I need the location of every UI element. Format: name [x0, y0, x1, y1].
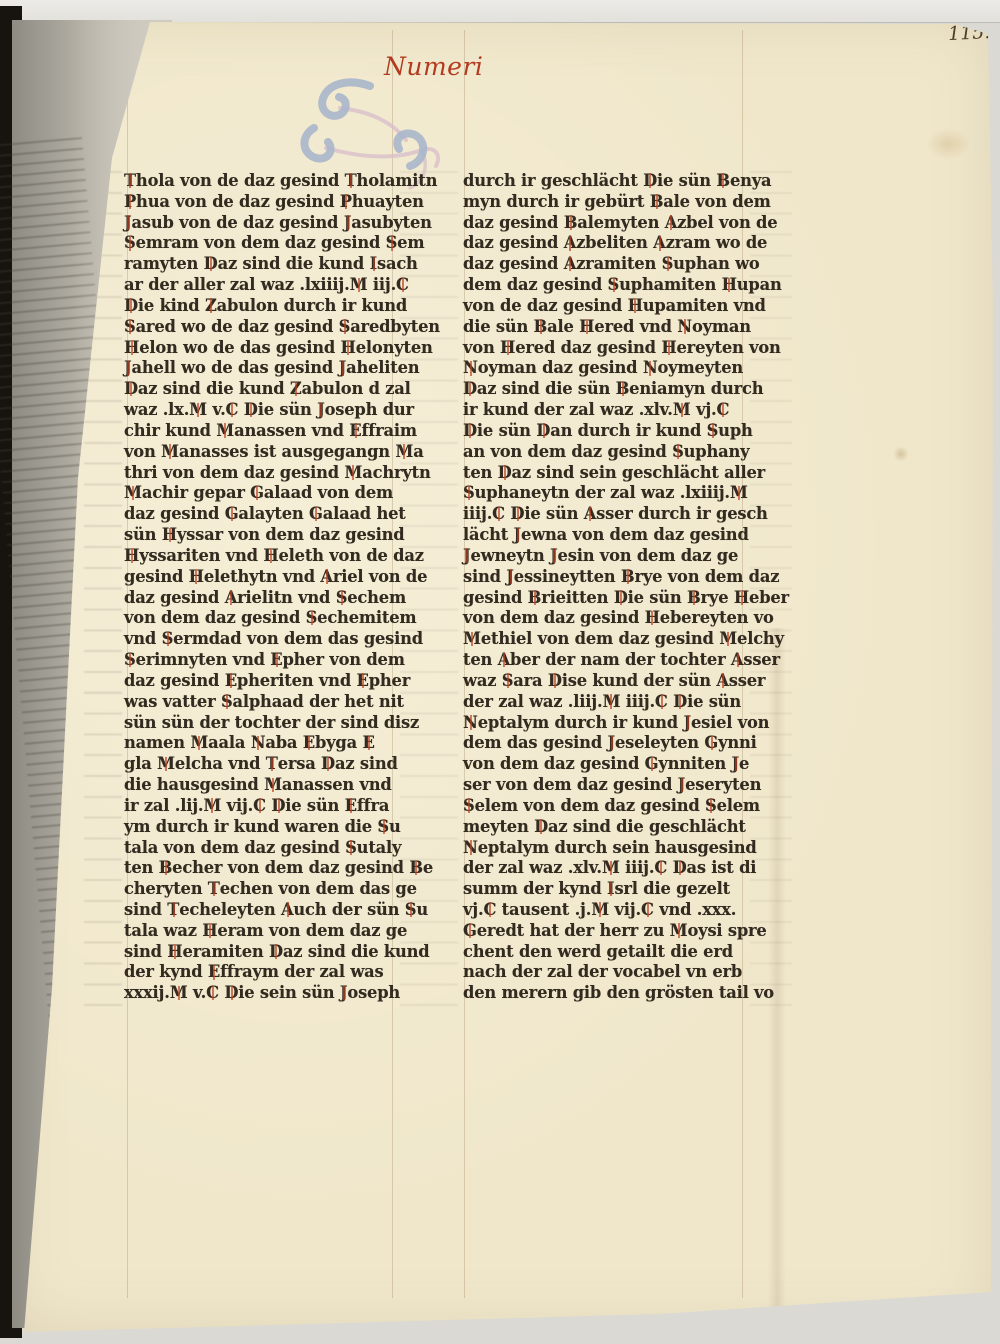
manuscript-line: Thola von de daz gesind Tholamitn	[124, 171, 400, 192]
manuscript-line: Geredt hat der herr zu Moysi spre	[463, 921, 752, 942]
manuscript-line: ramyten Daz sind die kund Isach	[124, 254, 400, 275]
manuscript-line: Daz sind die kund Zabulon d zal	[124, 379, 400, 400]
manuscript-line: namen Maala Naba Ebyga E	[124, 733, 400, 754]
manuscript-line: der kynd Effraym der zal was	[124, 962, 400, 983]
manuscript-line: Hyssariten vnd Heleth von de daz	[124, 546, 400, 567]
manuscript-line: die sün Bale Hered vnd Noyman	[463, 317, 752, 338]
manuscript-line: ten Daz sind sein geschlächt aller	[463, 463, 752, 484]
manuscript-line: Jasub von de daz gesind Jasubyten	[124, 213, 400, 234]
manuscript-line: meyten Daz sind die geschlächt	[463, 817, 752, 838]
manuscript-line: ten Aber der nam der tochter Asser	[463, 650, 752, 671]
manuscript-line: Jahell wo de das gesind Jaheliten	[124, 358, 400, 379]
manuscript-line: gesind Helethytn vnd Ariel von de	[124, 567, 400, 588]
manuscript-line: ten Becher von dem daz gesind Be	[124, 858, 400, 879]
parchment-page: Numeri 115. Thola von de daz gesind Thol…	[0, 8, 1000, 1338]
manuscript-line: Daz sind die sün Beniamyn durch	[463, 379, 752, 400]
manuscript-line: lächt Jewna von dem daz gesind	[463, 525, 752, 546]
manuscript-photo: { "manuscript": { "heading": "Numeri", "…	[0, 0, 1000, 1344]
manuscript-line: von de daz gesind Hupamiten vnd	[463, 296, 752, 317]
manuscript-line: der zal waz .xlv.M iiij.C Das ist di	[463, 858, 752, 879]
manuscript-line: sind Techeleyten Auch der sün Su	[124, 900, 400, 921]
manuscript-line: chir kund Manassen vnd Effraim	[124, 421, 400, 442]
manuscript-line: gla Melcha vnd Tersa Daz sind	[124, 754, 400, 775]
manuscript-line: die hausgesind Manassen vnd	[124, 775, 400, 796]
manuscript-line: Machir gepar Galaad von dem	[124, 483, 400, 504]
manuscript-line: sün sün der tochter der sind disz	[124, 713, 400, 734]
manuscript-line: Die kind Zabulon durch ir kund	[124, 296, 400, 317]
manuscript-line: durch ir geschlächt Die sün Benya	[463, 171, 752, 192]
manuscript-line: sind Jessineytten Brye von dem daz	[463, 567, 752, 588]
manuscript-line: an von dem daz gesind Suphany	[463, 442, 752, 463]
manuscript-line: Neptalym durch sein hausgesind	[463, 838, 752, 859]
manuscript-line: daz gesind Galayten Galaad het	[124, 504, 400, 525]
manuscript-line: tala waz Heram von dem daz ge	[124, 921, 400, 942]
manuscript-line: ser von dem daz gesind Jeseryten	[463, 775, 752, 796]
manuscript-line: daz gesind Epheriten vnd Epher	[124, 671, 400, 692]
manuscript-line: daz gesind Azramiten Suphan wo	[463, 254, 752, 275]
manuscript-line: Helon wo de das gesind Helonyten	[124, 338, 400, 359]
manuscript-line: was vatter Salphaad der het nit	[124, 692, 400, 713]
parchment-crease	[768, 628, 786, 1314]
manuscript-line: von dem daz gesind Sechemitem	[124, 608, 400, 629]
chapter-heading: Numeri	[384, 52, 483, 81]
manuscript-line: Suphaneytn der zal waz .lxiiij.M	[463, 483, 752, 504]
manuscript-line: Neptalym durch ir kund Jesiel von	[463, 713, 752, 734]
manuscript-line: daz gesind Balemyten Azbel von de	[463, 213, 752, 234]
manuscript-line: Selem von dem daz gesind Selem	[463, 796, 752, 817]
manuscript-line: von dem daz gesind Hebereyten vo	[463, 608, 752, 629]
manuscript-line: waz Sara Dise kund der sün Asser	[463, 671, 752, 692]
manuscript-line: dem daz gesind Suphamiten Hupan	[463, 275, 752, 296]
manuscript-line: waz .lx.M v.C Die sün Joseph dur	[124, 400, 400, 421]
manuscript-line: von dem daz gesind Gynniten Je	[463, 754, 752, 775]
manuscript-line: von Manasses ist ausgegangn Ma	[124, 442, 400, 463]
manuscript-line: von Hered daz gesind Hereyten von	[463, 338, 752, 359]
parchment-stain	[925, 128, 971, 160]
manuscript-line: chent den werd getailt die erd	[463, 942, 752, 963]
text-column-1: Thola von de daz gesind TholamitnPhua vo…	[124, 171, 400, 1004]
manuscript-line: den merern gib den grösten tail vo	[463, 983, 752, 1004]
manuscript-line: daz gesind Azbeliten Azram wo de	[463, 233, 752, 254]
manuscript-line: Jewneytn Jesin von dem daz ge	[463, 546, 752, 567]
manuscript-line: iiij.C Die sün Asser durch ir gesch	[463, 504, 752, 525]
manuscript-line: ar der aller zal waz .lxiiij.M iij.C	[124, 275, 400, 296]
manuscript-line: sün Hyssar von dem daz gesind	[124, 525, 400, 546]
manuscript-line: der zal waz .liij.M iiij.C Die sün	[463, 692, 752, 713]
text-column-2: durch ir geschlächt Die sün Benyamyn dur…	[463, 171, 752, 1004]
manuscript-line: cheryten Techen von dem das ge	[124, 879, 400, 900]
manuscript-line: Die sün Dan durch ir kund Suph	[463, 421, 752, 442]
manuscript-line: ym durch ir kund waren die Su	[124, 817, 400, 838]
parchment-stain	[893, 446, 909, 462]
manuscript-line: Phua von de daz gesind Phuayten	[124, 192, 400, 213]
manuscript-line: daz gesind Arielitn vnd Sechem	[124, 588, 400, 609]
manuscript-line: vnd Sermdad von dem das gesind	[124, 629, 400, 650]
manuscript-line: dem das gesind Jeseleyten Gynni	[463, 733, 752, 754]
manuscript-line: myn durch ir gebürt Bale von dem	[463, 192, 752, 213]
manuscript-line: summ der kynd Isrl die gezelt	[463, 879, 752, 900]
manuscript-line: xxxij.M v.C Die sein sün Joseph	[124, 983, 400, 1004]
manuscript-line: vj.C tausent .j.M vij.C vnd .xxx.	[463, 900, 752, 921]
manuscript-line: gesind Brieitten Die sün Brye Heber	[463, 588, 752, 609]
manuscript-line: nach der zal der vocabel vn erb	[463, 962, 752, 983]
manuscript-line: Semram von dem daz gesind Sem	[124, 233, 400, 254]
manuscript-line: Serimnyten vnd Epher von dem	[124, 650, 400, 671]
manuscript-line: thri von dem daz gesind Machrytn	[124, 463, 400, 484]
manuscript-line: Sared wo de daz gesind Saredbyten	[124, 317, 400, 338]
folio-number: 115.	[947, 21, 990, 45]
manuscript-line: Noyman daz gesind Noymeyten	[463, 358, 752, 379]
manuscript-line: ir kund der zal waz .xlv.M vj.C	[463, 400, 752, 421]
manuscript-line: tala von dem daz gesind Sutaly	[124, 838, 400, 859]
manuscript-line: ir zal .lij.M vij.C Die sün Effra	[124, 796, 400, 817]
manuscript-line: Methiel von dem daz gesind Melchy	[463, 629, 752, 650]
manuscript-line: sind Heramiten Daz sind die kund	[124, 942, 400, 963]
